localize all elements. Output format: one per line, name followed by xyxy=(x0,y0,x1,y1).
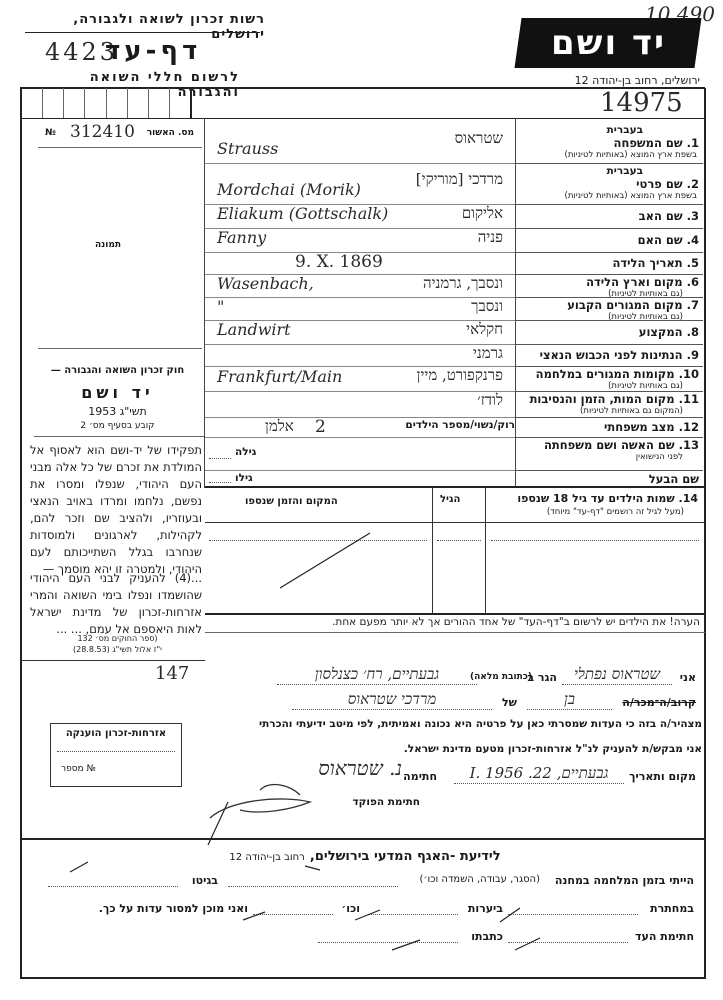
field-label-11: 11. מקום המות, הזמן והנסיבות(המקום גם בא… xyxy=(516,391,703,418)
children-table: 14. שמות הילדים עד גיל 18 שנספו (מעל לגי… xyxy=(205,488,704,613)
field-sub-bottom: בשפת ארץ המוצא (באותיות לטיניות) xyxy=(565,150,697,160)
value-latin: Mordchai (Morik) xyxy=(217,180,361,199)
field-label-2: בעברית2. שם פרטיבשפת ארץ המוצא (באותיות … xyxy=(516,163,703,205)
field-num: 4. xyxy=(687,233,699,247)
value-hebrew: אלמן xyxy=(265,417,294,436)
field-num: 2. xyxy=(687,177,699,191)
value: 9. X. 1869 xyxy=(295,252,383,272)
value: 2 xyxy=(315,417,326,437)
form-title: דף-עד xyxy=(105,36,201,66)
field-sub-bottom: בשפת ארץ המוצא (באותיות לטיניות) xyxy=(565,191,697,201)
field-label-7: 7. מקום המגורים הקבוע(גם באותיות לטיניות… xyxy=(516,297,703,321)
field-sub-bottom: (המקום גם באותיות לטיניות) xyxy=(580,406,683,416)
field-label: 12. מצב משפחתי xyxy=(604,420,699,434)
field-value-5[interactable]: 9. X. 1869 xyxy=(205,252,515,275)
field-value-9[interactable]: גרמני xyxy=(205,344,515,367)
value-latin: Strauss xyxy=(217,139,278,158)
field-value-2[interactable]: מרדכי [מוריקי]Mordchai (Morik) xyxy=(205,163,515,205)
house-number: 147 xyxy=(155,663,189,684)
address-value: גבעתיים, רח׳ כצנלסון xyxy=(277,665,477,685)
inline-label: רוק/נשוי/מספר הילדים xyxy=(405,419,515,431)
inline-label: גילה xyxy=(235,446,256,458)
of-value: מרדכי שטראוס xyxy=(292,690,492,710)
value-hebrew: ונסבך, גרמניה xyxy=(423,274,503,293)
receipt-label: מס. האשור xyxy=(147,128,194,138)
field-label-text: שם האשה ושם משפחתה xyxy=(544,438,675,452)
value-hebrew: ונסבך xyxy=(471,297,503,316)
field-label-text: שם המשפחה xyxy=(614,136,683,150)
field-num: 12. xyxy=(679,420,699,434)
full-address-label: (כתובת מלאה) xyxy=(470,672,532,682)
field-num: 6. xyxy=(687,275,699,289)
note: הערה! את הילדים יש לרשום ב"דף-העד" של אח… xyxy=(222,616,700,628)
law-source-2: י"ז אלול תשי"ג (28.8.53) xyxy=(35,645,200,654)
field-label-5: 5. תאריך הלידה xyxy=(516,252,703,275)
value-latin: Fanny xyxy=(217,228,266,247)
citizenship-box-title: אזרחות-זכרון הוענקה xyxy=(51,728,181,739)
field-label-8: 8. המקצוע xyxy=(516,320,703,345)
field-label: 9. הנתינות לפני הכבוש הנאצי xyxy=(540,348,699,362)
field-label-1: בעברית1. שם המשפחהבשפת ארץ המוצא (באותיו… xyxy=(516,122,703,164)
field-label: 5. תאריך הלידה xyxy=(613,256,700,270)
field-value-8[interactable]: חקלאיLandwirt xyxy=(205,320,515,345)
relation-value: בן xyxy=(527,690,612,710)
law-heading: חוק זכרון השואה והגבורה — xyxy=(35,365,200,376)
witness-name: שטראוס נפתלי xyxy=(562,665,672,685)
law-text-2: ...(4) להעניק לבני העם היהודי שהושמדו ונ… xyxy=(30,570,202,638)
photo-placeholder: תמונה xyxy=(95,240,121,250)
field-label: 6. מקום וארץ הלידה xyxy=(586,275,699,289)
i-label: אני xyxy=(680,671,696,684)
field-label-12: 12. מצב משפחתי xyxy=(516,417,703,438)
field-label: 2. שם פרטי xyxy=(636,177,699,191)
value-hebrew: חקלאי xyxy=(466,320,503,339)
field-value-4[interactable]: פניהFanny xyxy=(205,228,515,253)
law-name: יד ושם xyxy=(35,383,200,402)
signature-label: חתימה xyxy=(403,770,437,783)
place-date-label: מקום ותאריך xyxy=(629,770,696,783)
field-num: 9. xyxy=(687,348,699,362)
field-num: 10. xyxy=(679,367,699,381)
law-year: תשי"ג 1953 xyxy=(35,405,200,418)
strike-line xyxy=(200,800,240,850)
field-label-6: 6. מקום וארץ הלידה(גם באותיות לטיניות) xyxy=(516,274,703,298)
value-latin: Frankfurt/Main xyxy=(217,367,342,386)
field-label-3: 3. שם האב xyxy=(516,204,703,229)
citizenship-box: אזרחות-זכרון הוענקה מספר № xyxy=(50,723,182,787)
of-label: של xyxy=(502,696,517,709)
value-hebrew: אליקום xyxy=(462,204,503,223)
field-sub-top: בעברית xyxy=(607,124,643,136)
relation-label: קרוב/ה־מכר/ה xyxy=(622,696,696,709)
field-label: 8. המקצוע xyxy=(639,325,699,339)
value-hebrew: שטראוס xyxy=(455,129,503,148)
field-label-text: מצב משפחתי xyxy=(604,420,675,434)
field-num: 13. xyxy=(679,438,699,452)
field-num: 3. xyxy=(687,209,699,223)
field-sub-top: בעברית xyxy=(607,165,643,177)
field-value-10[interactable]: פרנקפורט, מייןFrankfurt/Main xyxy=(205,366,515,392)
field-num: 1. xyxy=(687,136,699,150)
inline-label: גילו xyxy=(235,472,253,484)
declaration-line-2: קרוב/ה־מכר/ה בן של מרדכי שטראוס xyxy=(222,690,702,712)
field-label-text: הנתינות לפני הכבוש הנאצי xyxy=(540,348,683,362)
value-hebrew: פרנקפורט, מיין xyxy=(417,366,503,385)
field-label: 1. שם המשפחה xyxy=(614,136,699,150)
field-value-13[interactable]: גילה xyxy=(205,437,515,471)
field-value-3[interactable]: אליקוםEliakum (Gottschalk) xyxy=(205,204,515,229)
box-grid xyxy=(22,88,192,118)
field-num: 5. xyxy=(687,256,699,270)
field-label-text: שם הבעל xyxy=(649,472,699,486)
field-value-14[interactable]: גילו xyxy=(205,470,515,487)
value-latin: Wasenbach, xyxy=(217,274,314,293)
address: ירושלים, רחוב בן-יהודה 12 xyxy=(515,74,700,87)
field-label-text: תאריך הלידה xyxy=(613,256,683,270)
value-latin: Eliakum (Gottschalk) xyxy=(217,204,388,223)
field-value-6[interactable]: ונסבך, גרמניהWasenbach, xyxy=(205,274,515,298)
field-label: 13. שם האשה ושם משפחתה xyxy=(544,438,699,452)
value-hebrew: גרמני xyxy=(473,344,503,363)
value-hebrew: פניה xyxy=(478,228,503,247)
field-label: 10. מקומות המגורים במלחמה xyxy=(536,367,699,381)
declaration-line-1: אני שטראוס נפתלי הגר ב (כתובת מלאה) גבעת… xyxy=(222,665,702,687)
field-value-12[interactable]: אלמןרוק/נשוי/מספר הילדים2 xyxy=(205,417,515,438)
law-clause: קובע בסעיף מס׳ 2 xyxy=(35,421,200,431)
citizenship-box-number: מספר № xyxy=(61,764,181,774)
field-label-10: 10. מקומות המגורים במלחמה(גם באותיות לטי… xyxy=(516,366,703,392)
value-latin: " xyxy=(217,297,224,316)
value-latin: Landwirt xyxy=(217,320,291,339)
field-label-text: מקום המות, הזמן והנסיבות xyxy=(530,392,675,406)
field-label: 4. שם האם xyxy=(638,233,699,247)
strike-lines xyxy=(205,488,704,613)
law-text: תפקידו של יד-ושם הוא לאסוף אל המולדת את … xyxy=(30,442,202,578)
request: אני מבקש/ת להעניק לנ"ל אזרחות-זכרון מטעם… xyxy=(300,743,702,755)
field-value-11[interactable]: לודז׳ xyxy=(205,391,515,418)
field-num: 11. xyxy=(679,392,699,406)
field-label: שם הבעל xyxy=(649,472,699,486)
field-label-text: מקום המגורים הקבוע xyxy=(567,298,682,312)
field-value-1[interactable]: שטראוסStrauss xyxy=(205,122,515,164)
receipt-row: № 312410 מס. האשור xyxy=(30,122,200,144)
yad-vashem-logo: יד ושם xyxy=(514,18,701,68)
value-hebrew: מרדכי [מוריקי] xyxy=(416,170,503,189)
field-sub-bottom: (גם באותיות לטיניות) xyxy=(608,381,683,391)
field-num: 7. xyxy=(687,298,699,312)
field-label-text: שם פרטי xyxy=(636,177,682,191)
field-label-text: מקום וארץ הלידה xyxy=(586,275,683,289)
field-label-14: שם הבעל xyxy=(516,470,703,487)
field-label-text: מקומות המגורים במלחמה xyxy=(536,367,675,381)
field-label-text: המקצוע xyxy=(639,325,683,339)
law-source-1: (ספר החוקים מס׳ 132 xyxy=(35,634,200,643)
field-label-9: 9. הנתינות לפני הכבוש הנאצי xyxy=(516,344,703,367)
field-label-13: 13. שם האשה ושם משפחתהלפני הנישואין xyxy=(516,437,703,471)
statement: מצהיר/ה בזה כי העדות שמסרתי כאן על פרטיה… xyxy=(212,718,702,730)
receipt-no-label: № xyxy=(45,128,56,138)
field-label-text: שם האם xyxy=(638,233,683,247)
field-label: 3. שם האב xyxy=(639,209,699,223)
handwritten-number: 14975 xyxy=(600,88,683,118)
field-label-text: שם האב xyxy=(639,209,683,223)
field-label-4: 4. שם האם xyxy=(516,228,703,253)
field-sub-bottom: לפני הנישואין xyxy=(636,452,683,462)
receipt-number: 312410 xyxy=(70,122,135,142)
footer-strike-marks xyxy=(0,860,723,960)
field-value-7[interactable]: ונסבך" xyxy=(205,297,515,321)
value-hebrew: לודז׳ xyxy=(477,391,503,410)
field-label: 11. מקום המות, הזמן והנסיבות xyxy=(530,392,699,406)
field-label: 7. מקום המגורים הקבוע xyxy=(567,298,699,312)
field-num: 8. xyxy=(687,325,699,339)
place-date-value: גבעתיים, 22. I. 1956 xyxy=(454,764,624,784)
